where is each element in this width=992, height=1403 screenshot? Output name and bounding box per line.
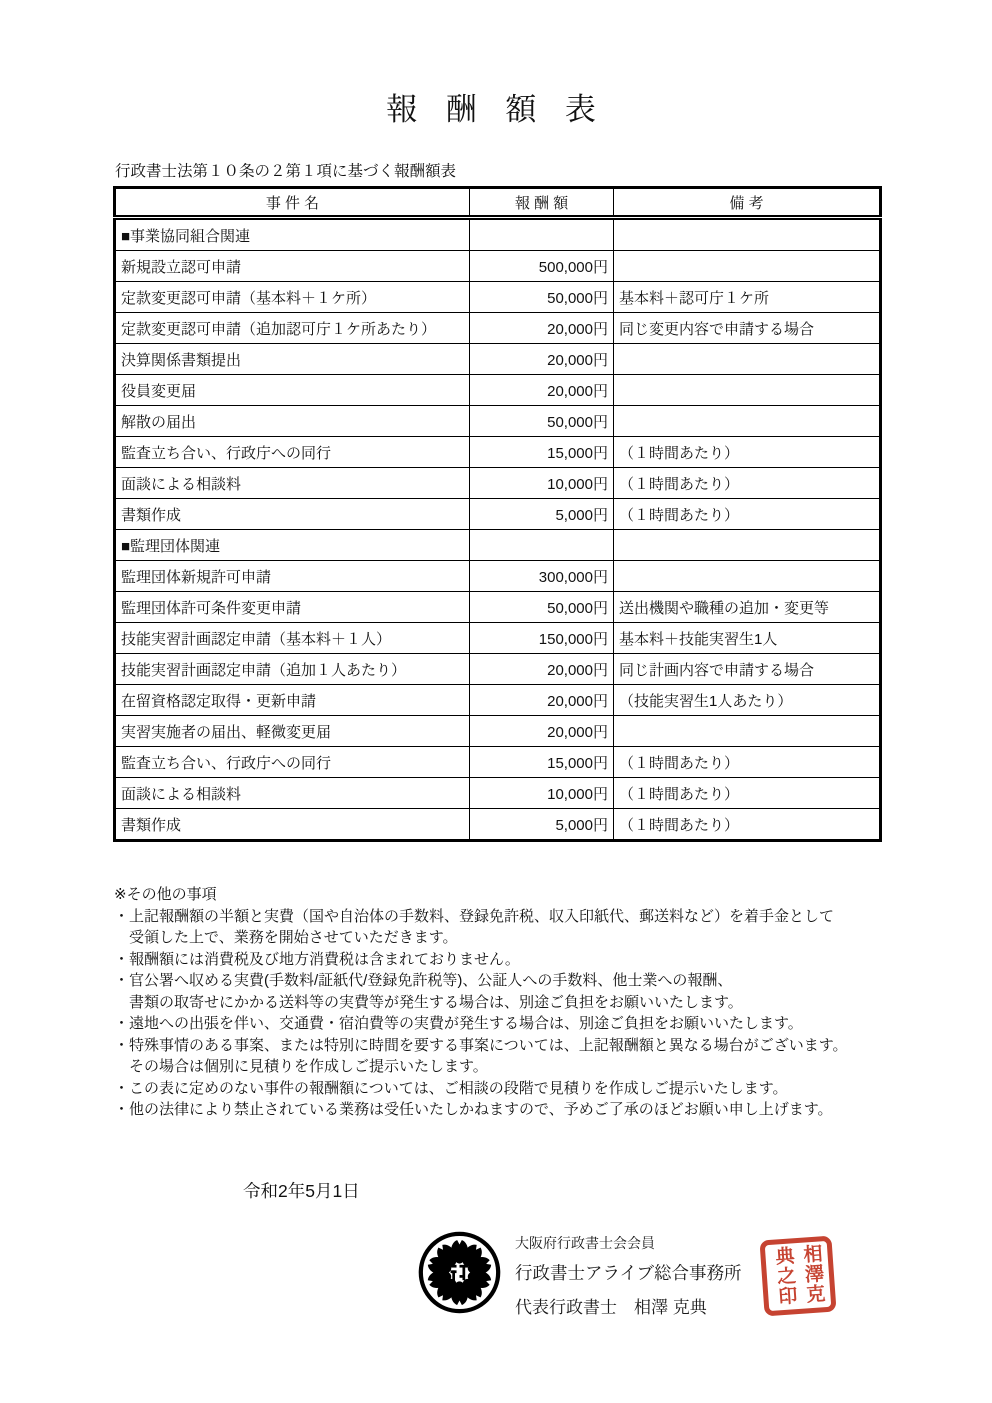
table-row: 実習実施者の届出、軽微変更届20,000円: [115, 716, 881, 747]
cell-case-name: 監理団体許可条件変更申請: [115, 592, 470, 623]
note-line: ・上記報酬額の半額と実費（国や自治体の手数料、登録免許税、収入印紙代、郵送料など…: [114, 906, 848, 928]
table-row: 定款変更認可申請（追加認可庁１ケ所あたり）20,000円同じ変更内容で申請する場…: [115, 313, 881, 344]
table-row: 解散の届出50,000円: [115, 406, 881, 437]
fee-table-body: ■事業協同組合関連新規設立認可申請500,000円定款変更認可申請（基本料＋１ケ…: [115, 218, 881, 841]
cell-fee: 20,000円: [470, 685, 614, 716]
notes-section: ※その他の事項 ・上記報酬額の半額と実費（国や自治体の手数料、登録免許税、収入印…: [114, 884, 848, 1121]
member-association-line: 大阪府行政書士会会員: [515, 1233, 741, 1253]
note-line: ・報酬額には消費税及び地方消費税は含まれておりません。: [114, 949, 848, 971]
table-header-row: 事 件 名 報 酬 額 備 考: [115, 188, 881, 218]
note-line: ・他の法律により禁止されている業務は受任いたしかねますので、予めご了承のほどお願…: [114, 1099, 848, 1121]
cell-case-name: ■事業協同組合関連: [115, 218, 470, 251]
table-row: 決算関係書類提出20,000円: [115, 344, 881, 375]
cell-note: 同じ変更内容で申請する場合: [614, 313, 881, 344]
note-line: ・特殊事情のある事案、または特別に時間を要する事案については、上記報酬額と異なる…: [114, 1035, 848, 1057]
section-row: ■事業協同組合関連: [115, 218, 881, 251]
cell-fee: 50,000円: [470, 282, 614, 313]
cell-note: （１時間あたり）: [614, 437, 881, 468]
cell-fee: 20,000円: [470, 716, 614, 747]
table-row: 書類作成5,000円（１時間あたり）: [115, 809, 881, 841]
cell-case-name: 監理団体新規許可申請: [115, 561, 470, 592]
cell-note: [614, 251, 881, 282]
cell-fee: 50,000円: [470, 592, 614, 623]
cell-note: [614, 344, 881, 375]
header-remarks: 備 考: [614, 188, 881, 218]
table-row: 技能実習計画認定申請（基本料＋１人）150,000円基本料＋技能実習生1人: [115, 623, 881, 654]
note-line: ・官公署へ収める実費(手数料/証紙代/登録免許税等)、公証人への手数料、他士業へ…: [114, 970, 848, 992]
cell-case-name: 技能実習計画認定申請（基本料＋１人）: [115, 623, 470, 654]
cell-fee: 300,000円: [470, 561, 614, 592]
cell-case-name: 決算関係書類提出: [115, 344, 470, 375]
signature-text: 大阪府行政書士会会員 行政書士アライブ総合事務所 代表行政書士 相澤 克典: [515, 1230, 741, 1318]
red-seal-stamp-icon: 相澤克典之印: [759, 1236, 836, 1317]
cell-case-name: 解散の届出: [115, 406, 470, 437]
fee-table: 事 件 名 報 酬 額 備 考 ■事業協同組合関連新規設立認可申請500,000…: [113, 186, 882, 842]
cell-fee: 500,000円: [470, 251, 614, 282]
table-row: 技能実習計画認定申請（追加１人あたり）20,000円同じ計画内容で申請する場合: [115, 654, 881, 685]
cell-fee: 15,000円: [470, 437, 614, 468]
cell-fee: 5,000円: [470, 499, 614, 530]
cell-fee: 20,000円: [470, 375, 614, 406]
office-name: 行政書士アライブ総合事務所: [515, 1260, 741, 1285]
cell-case-name: 在留資格認定取得・更新申請: [115, 685, 470, 716]
cell-fee: [470, 530, 614, 561]
table-row: 定款変更認可申請（基本料＋１ケ所）50,000円基本料＋認可庁１ケ所: [115, 282, 881, 313]
cell-fee: 10,000円: [470, 468, 614, 499]
table-row: 新規設立認可申請500,000円: [115, 251, 881, 282]
table-row: 監査立ち合い、行政庁への同行15,000円（１時間あたり）: [115, 747, 881, 778]
cell-note: 同じ計画内容で申請する場合: [614, 654, 881, 685]
table-row: 書類作成5,000円（１時間あたり）: [115, 499, 881, 530]
cell-case-name: 監査立ち合い、行政庁への同行: [115, 747, 470, 778]
fee-schedule-document: 報 酬 額 表 行政書士法第１０条の２第１項に基づく報酬額表 事 件 名 報 酬…: [0, 0, 992, 1403]
cell-note: [614, 218, 881, 251]
cell-case-name: 書類作成: [115, 809, 470, 841]
cell-case-name: 面談による相談料: [115, 778, 470, 809]
cell-note: [614, 406, 881, 437]
signature-block: 大阪府行政書士会会員 行政書士アライブ総合事務所 代表行政書士 相澤 克典: [417, 1230, 741, 1318]
cell-note: （１時間あたり）: [614, 809, 881, 841]
cell-case-name: 定款変更認可申請（基本料＋１ケ所）: [115, 282, 470, 313]
cell-note: [614, 530, 881, 561]
table-row: 面談による相談料10,000円（１時間あたり）: [115, 468, 881, 499]
cell-case-name: 書類作成: [115, 499, 470, 530]
document-subtitle: 行政書士法第１０条の２第１項に基づく報酬額表: [115, 159, 456, 181]
cell-note: （１時間あたり）: [614, 747, 881, 778]
section-row: ■監理団体関連: [115, 530, 881, 561]
badge-center-glyph: [451, 1265, 468, 1281]
cell-case-name: 実習実施者の届出、軽微変更届: [115, 716, 470, 747]
notes-heading: ※その他の事項: [114, 884, 848, 906]
cell-note: 送出機関や職種の追加・変更等: [614, 592, 881, 623]
cell-note: （１時間あたり）: [614, 468, 881, 499]
cell-fee: 5,000円: [470, 809, 614, 841]
table-row: 監査立ち合い、行政庁への同行15,000円（１時間あたり）: [115, 437, 881, 468]
cell-case-name: 面談による相談料: [115, 468, 470, 499]
office-badge-icon: [417, 1230, 502, 1315]
cell-note: （技能実習生1人あたり）: [614, 685, 881, 716]
table-row: 在留資格認定取得・更新申請20,000円（技能実習生1人あたり）: [115, 685, 881, 716]
table-row: 監理団体許可条件変更申請50,000円送出機関や職種の追加・変更等: [115, 592, 881, 623]
document-date: 令和2年5月1日: [243, 1178, 360, 1203]
cell-note: 基本料＋認可庁１ケ所: [614, 282, 881, 313]
note-line: その場合は個別に見積りを作成しご提示いたします。: [114, 1056, 848, 1078]
note-line: ・この表に定めのない事件の報酬額については、ご相談の段階で見積りを作成しご提示い…: [114, 1078, 848, 1100]
cell-note: 基本料＋技能実習生1人: [614, 623, 881, 654]
cell-note: （１時間あたり）: [614, 778, 881, 809]
header-fee: 報 酬 額: [470, 188, 614, 218]
cell-note: [614, 375, 881, 406]
seal-text: 相澤克典之印: [768, 1243, 828, 1309]
cell-fee: 15,000円: [470, 747, 614, 778]
cell-case-name: 役員変更届: [115, 375, 470, 406]
table-row: 面談による相談料10,000円（１時間あたり）: [115, 778, 881, 809]
cell-fee: 20,000円: [470, 654, 614, 685]
cell-fee: 10,000円: [470, 778, 614, 809]
cell-case-name: 監査立ち合い、行政庁への同行: [115, 437, 470, 468]
table-row: 監理団体新規許可申請300,000円: [115, 561, 881, 592]
cell-case-name: ■監理団体関連: [115, 530, 470, 561]
page-title: 報 酬 額 表: [0, 84, 992, 129]
header-case-name: 事 件 名: [115, 188, 470, 218]
cell-case-name: 定款変更認可申請（追加認可庁１ケ所あたり）: [115, 313, 470, 344]
cell-note: （１時間あたり）: [614, 499, 881, 530]
table-row: 役員変更届20,000円: [115, 375, 881, 406]
cell-fee: 20,000円: [470, 344, 614, 375]
note-line: 受領した上で、業務を開始させていただきます。: [114, 927, 848, 949]
representative-name-line: 代表行政書士 相澤 克典: [515, 1293, 741, 1318]
note-line: ・遠地への出張を伴い、交通費・宿泊費等の実費が発生する場合は、別途ご負担をお願い…: [114, 1013, 848, 1035]
cell-fee: 20,000円: [470, 313, 614, 344]
cell-fee: 150,000円: [470, 623, 614, 654]
cell-note: [614, 561, 881, 592]
note-line: 書類の取寄せにかかる送料等の実費等が発生する場合は、別途ご負担をお願いいたします…: [114, 992, 848, 1014]
notes-list: ・上記報酬額の半額と実費（国や自治体の手数料、登録免許税、収入印紙代、郵送料など…: [114, 906, 848, 1121]
cell-case-name: 新規設立認可申請: [115, 251, 470, 282]
cell-fee: 50,000円: [470, 406, 614, 437]
cell-note: [614, 716, 881, 747]
cell-case-name: 技能実習計画認定申請（追加１人あたり）: [115, 654, 470, 685]
cell-fee: [470, 218, 614, 251]
